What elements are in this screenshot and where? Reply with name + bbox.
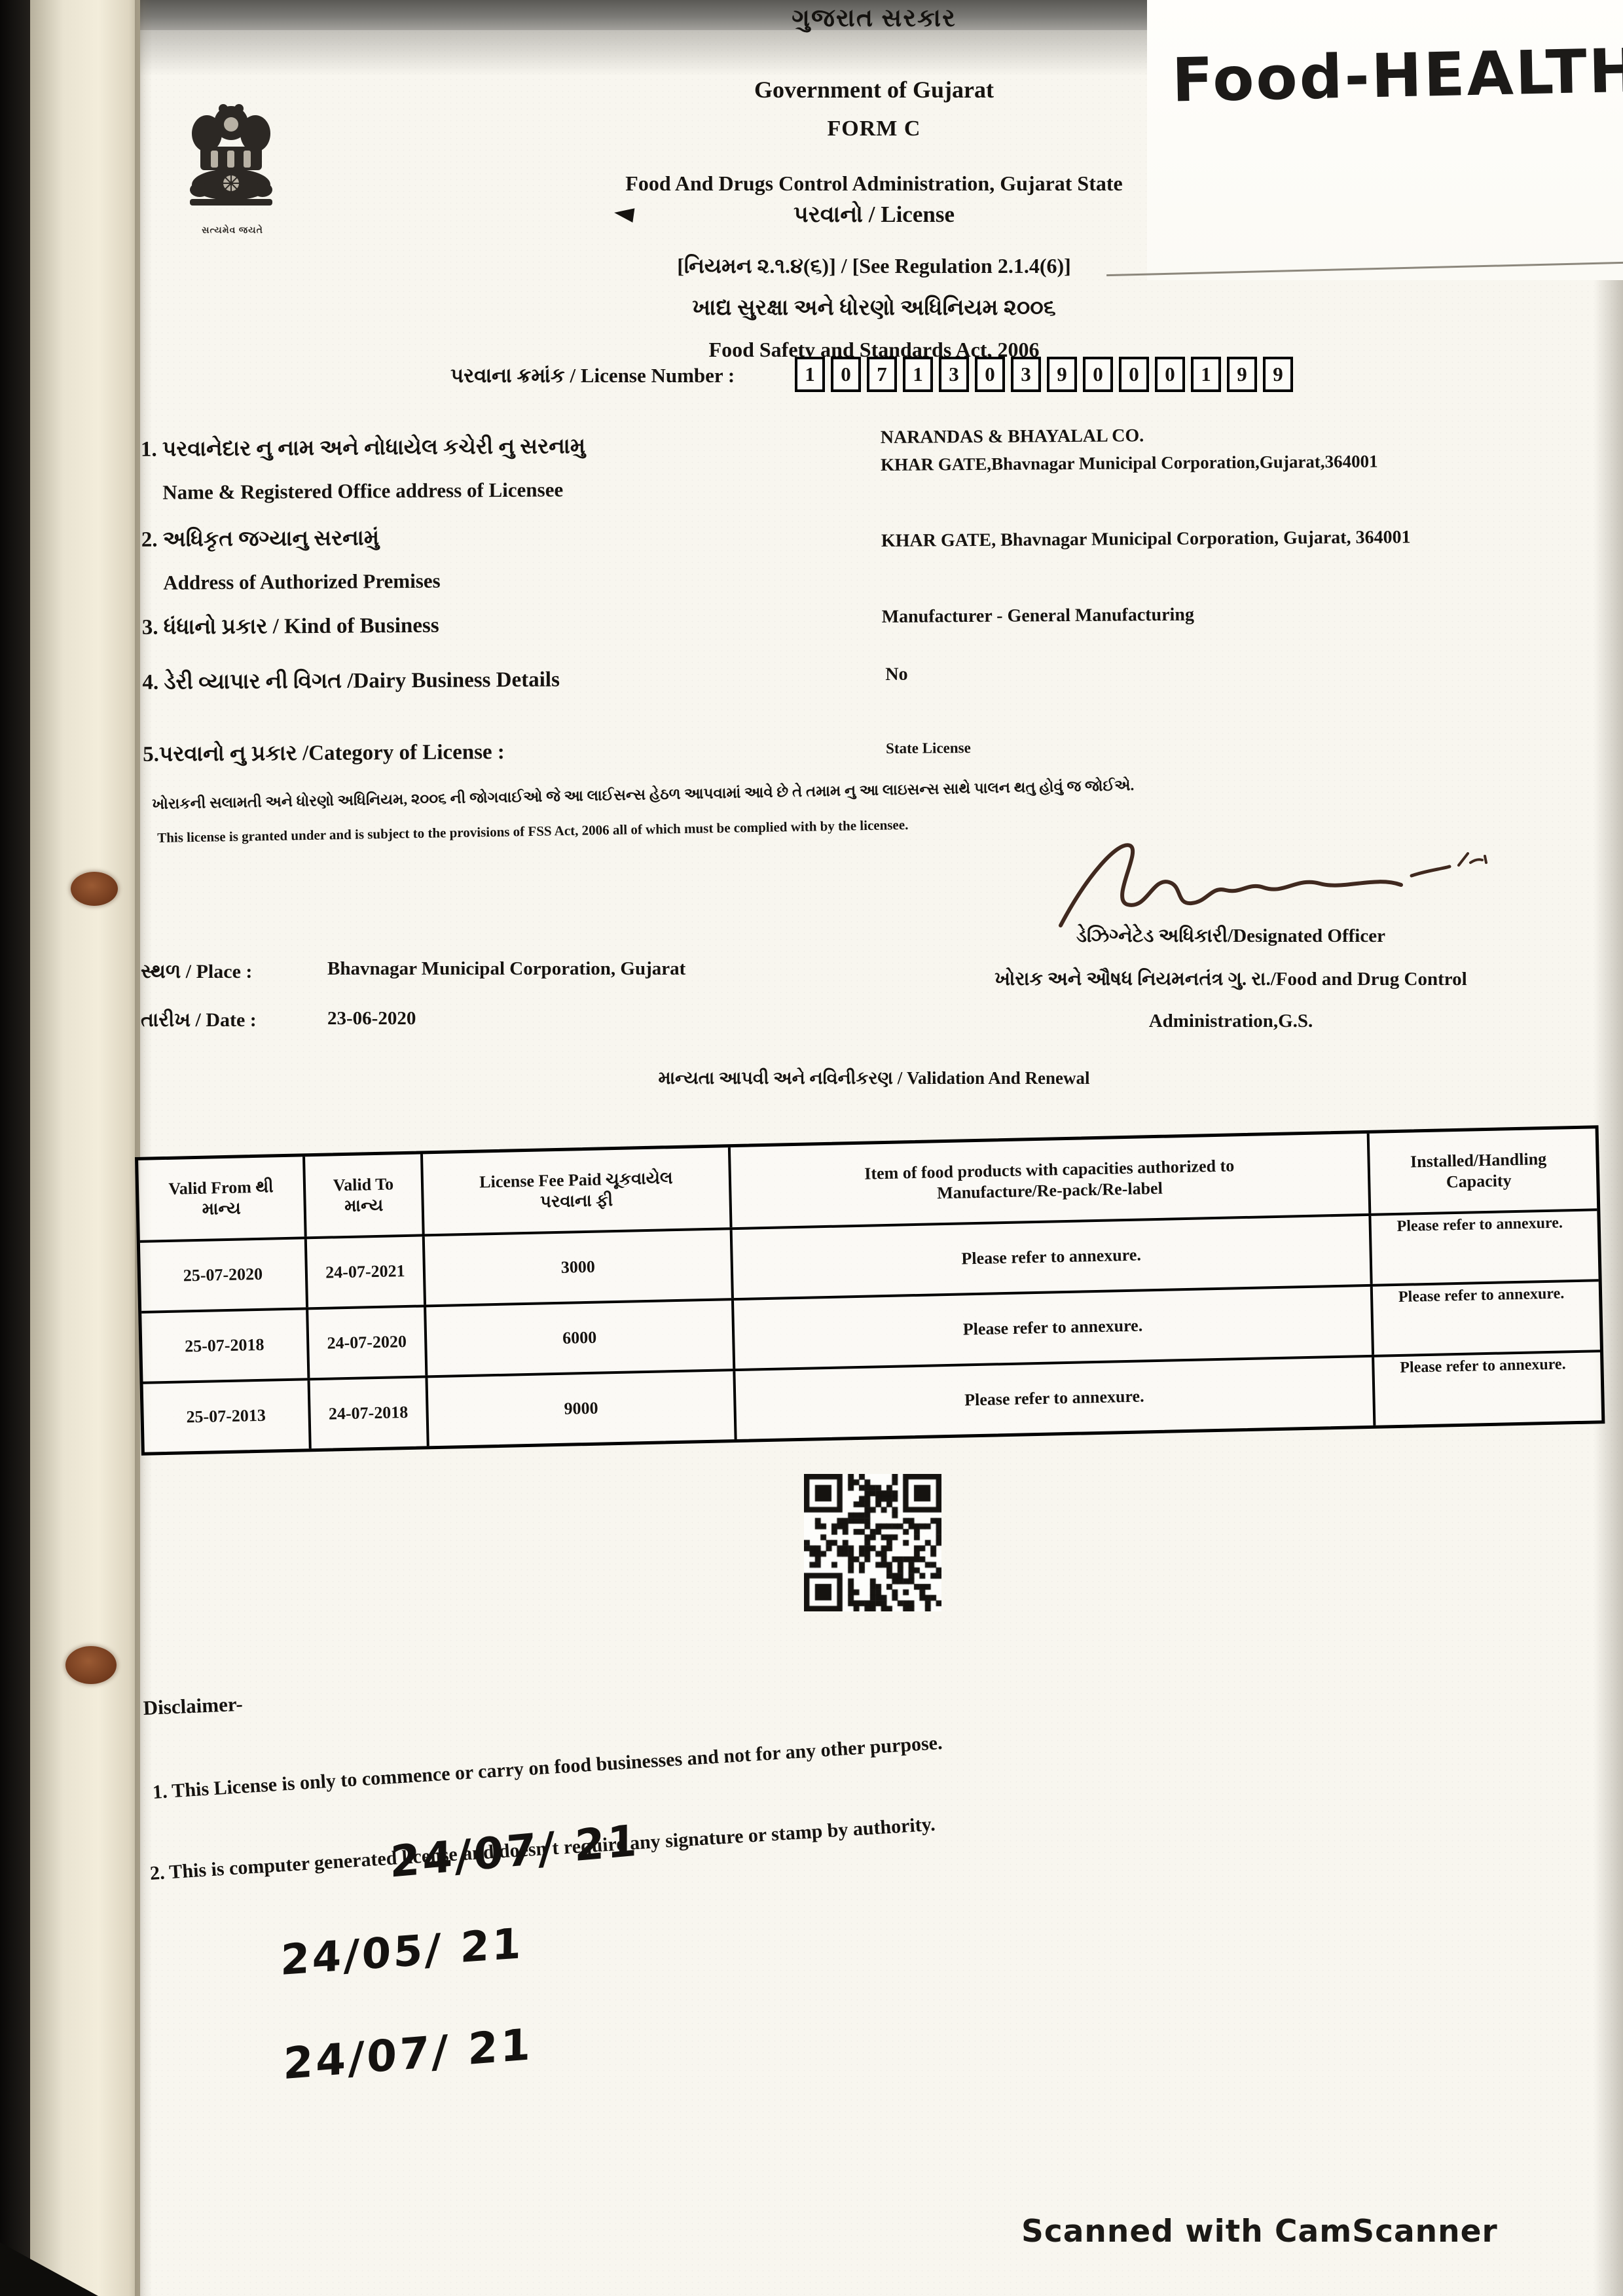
valid-from-cell: 25-07-2018 [141,1310,310,1382]
valid-from-cell: 25-07-2013 [143,1380,312,1452]
items-cell: Please refer to annexure. [734,1287,1374,1369]
valid-to-cell: 24-07-2021 [307,1236,426,1307]
col-header-capacity: Installed/Handling Capacity [1370,1129,1588,1213]
camscanner-watermark: Scanned with CamScanner [1021,2214,1498,2250]
field2-label-gujarati: 2. અધિકૃત જગ્યાનુ સરનામું [141,526,379,552]
col-header-fee-paid: License Fee Paid ચૂકવાયેલ પરવાના ફી [423,1147,733,1234]
valid-to-cell: 24-07-2018 [310,1378,429,1448]
field5-value: State License [886,740,971,757]
capacity-cell: Please refer to annexure. [1374,1353,1592,1426]
overlapping-paper-corner: Food-HEALTH [1147,0,1623,280]
field1-label-gujarati: 1. પરવાનેદાર નુ નામ અને નોધાયેલ કચેરી નુ… [141,435,585,462]
field4-value: No [885,664,907,685]
field4-label: 4. ડેરી વ્યાપાર ની વિગત /Dairy Business … [142,668,560,694]
field3-label: 3. ધંધાનો પ્રકાર / Kind of Business [142,614,439,640]
capacity-cell: Please refer to annexure. [1373,1282,1591,1355]
valid-to-cell: 24-07-2020 [308,1307,428,1378]
field1-value-line1: NARANDAS & BHAYALAL CO. [881,425,1144,448]
field2-value: KHAR GATE, Bhavnagar Municipal Corporati… [881,527,1411,552]
validation-table: Valid From થી માન્ય Valid To માન્ય Licen… [135,1125,1605,1456]
items-cell: Please refer to annexure. [733,1216,1373,1298]
officer-department-line: ખોરાક અને ઔષધ નિયમનતંત્ર ગુ. રા./Food an… [917,969,1545,990]
disclaimer-title: Disclaimer- [143,1693,243,1720]
punch-hole-top [71,872,118,906]
fee-cell: 6000 [426,1300,735,1375]
field2-label-english: Address of Authorized Premises [163,569,441,595]
officer-administration-line: Administration,G.S. [943,1011,1519,1032]
field5-label: 5.પરવાનો નુ પ્રકાર /Category of License … [143,740,505,767]
place-label: સ્થળ / Place : [141,961,252,983]
date-label: તારીખ / Date : [141,1009,257,1031]
officer-designation: ડેઝિગ્નેટેડ અધિકારી/Designated Officer [943,925,1519,947]
qr-code [804,1474,941,1611]
capacity-cell: Please refer to annexure. [1371,1211,1589,1284]
col-header-valid-from: Valid From થી માન્ય [138,1157,307,1240]
handwritten-file-label: Food-HEALTH [1171,36,1623,116]
col-header-items: Item of food products with capacities au… [731,1134,1371,1227]
field1-label-english: Name & Registered Office address of Lice… [162,478,563,504]
place-value: Bhavnagar Municipal Corporation, Gujarat [327,958,685,980]
field3-value: Manufacturer - General Manufacturing [882,605,1194,628]
handwritten-date-1: 24/07/ 21 [390,1815,640,1888]
handwritten-date-3: 24/07/ 21 [283,2019,533,2089]
field1-value-line2: KHAR GATE,Bhavnagar Municipal Corporatio… [881,452,1378,475]
fee-cell: 3000 [425,1230,734,1304]
scanned-license-document: સત્યમેવ જયતે ગુજરાત સરકાર Government of … [0,0,1623,2296]
disclaimer-line1: 1. This License is only to commence or c… [152,1712,1264,1804]
col-header-valid-to: Valid To માન્ય [305,1154,425,1236]
date-value: 23-06-2020 [327,1008,416,1030]
valid-from-cell: 25-07-2020 [140,1239,308,1311]
officer-signature [1048,836,1499,928]
handwritten-date-2: 24/05/ 21 [280,1920,524,1985]
fee-cell: 9000 [428,1371,737,1446]
punch-hole-bottom [65,1646,117,1684]
disclaimer-line2: 2. This is computer generated license an… [149,1793,1262,1885]
validation-section-title: માન્યતા આપવી અને નવિનીકરણ / Validation A… [196,1068,1552,1089]
items-cell: Please refer to annexure. [735,1357,1376,1439]
